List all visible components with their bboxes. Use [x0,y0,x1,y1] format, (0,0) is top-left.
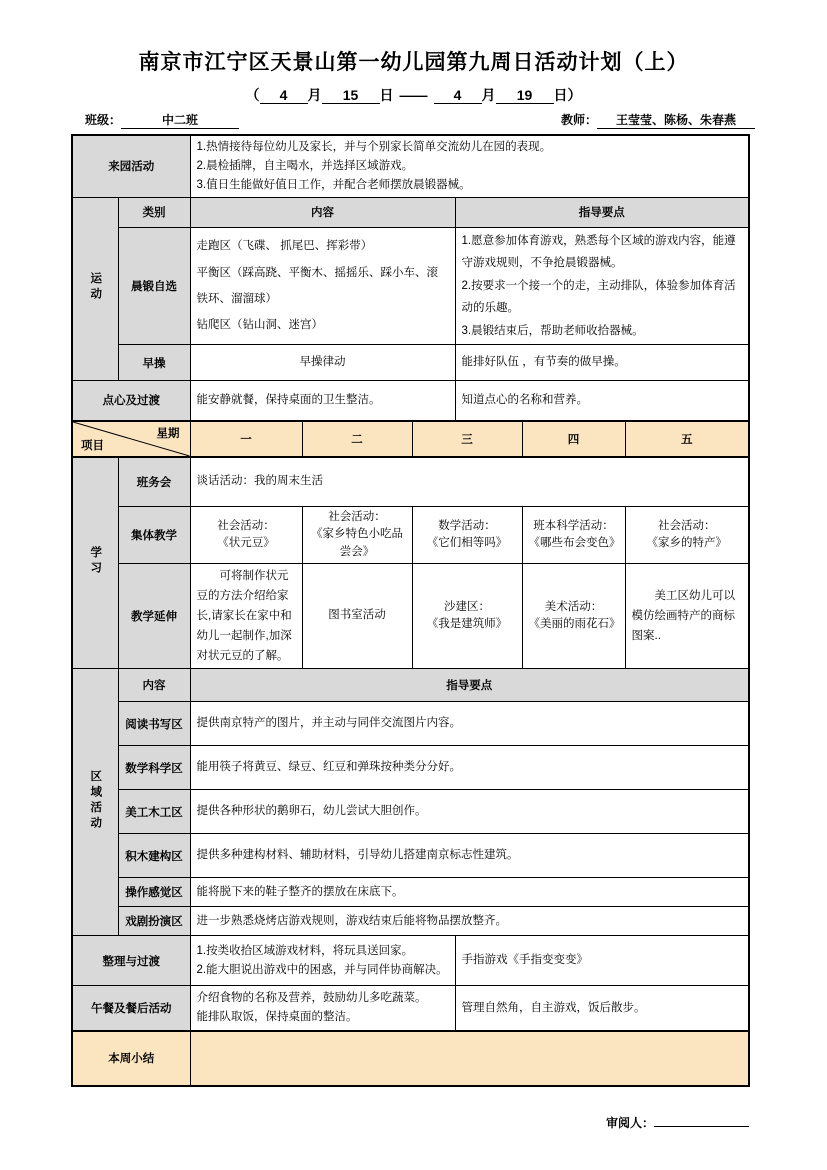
snack-content: 能安静就餐，保持桌面的卫生整洁。 [190,381,455,421]
region-art-label: 美工木工区 [118,790,190,834]
class-label: 班级： [85,113,121,127]
day-friday: 五 [625,421,749,457]
day-monday: 一 [190,421,302,457]
teaching-extension-fri: 美工区幼儿可以模仿绘画特产的商标图案.. [625,563,749,669]
group-teaching-label: 集体教学 [118,507,190,564]
region-art-content: 提供各种形状的鹅卵石，幼儿尝试大胆创作。 [190,790,749,834]
date-day1-label: 日 [380,87,394,103]
region-blocks-content: 提供多种建构材料、辅助材料，引导幼儿搭建南京标志性建筑。 [190,834,749,878]
week-corner-cell: 星期 项目 [72,421,190,457]
group-teaching-fri: 社会活动： 《家乡的特产》 [625,507,749,564]
group-teaching-mon: 社会活动： 《状元豆》 [190,507,302,564]
morning-drill-label: 早操 [118,345,190,381]
sports-header-guidance: 指导要点 [455,197,749,227]
date-month2-label: 月 [482,87,496,103]
morning-free-guidance: 1.愿意参加体育游戏，熟悉每个区域的游戏内容，能遵守游戏规则，不争抢晨锻器械。 … [455,227,749,344]
teaching-extension-label: 教学延伸 [118,563,190,669]
regional-header-guidance: 指导要点 [190,669,749,702]
date-line: （4月15日——4月19日） [0,85,827,105]
day-thursday: 四 [522,421,625,457]
lunch-guidance: 管理自然角，自主游戏，饭后散步。 [455,986,749,1031]
arrival-label: 来园活动 [72,135,190,197]
arrival-content: 1.热情接待每位幼儿及家长，并与个别家长简单交流幼儿在园的表现。 2.晨检插牌，… [190,135,749,197]
teacher-label: 教师： [561,113,597,127]
region-drama-label: 戏剧扮演区 [118,907,190,936]
tidy-guidance: 手指游戏《手指变变变》 [455,936,749,986]
class-teacher-line: 班级：中二班 教师：王莹莹、陈杨、朱春燕 [0,105,827,132]
class-meeting-content: 谈话活动：我的周末生活 [190,457,749,507]
summary-content [190,1031,749,1086]
reviewer-blank [654,1113,749,1127]
snack-label: 点心及过渡 [72,381,190,421]
snack-guidance: 知道点心的名称和营养。 [455,381,749,421]
date-open: （ [246,87,260,103]
lunch-content: 介绍食物的名称及营养，鼓励幼儿多吃蔬菜。 能排队取饭，保持桌面的整洁。 [190,986,455,1031]
regional-header-content: 内容 [118,669,190,702]
page-title: 南京市江宁区天景山第一幼儿园第九周日活动计划（上） [0,46,827,76]
document-page: 南京市江宁区天景山第一幼儿园第九周日活动计划（上） （4月15日——4月19日）… [0,0,827,1170]
day-tuesday: 二 [302,421,412,457]
teaching-extension-mon: 可将制作状元豆的方法介绍给家长,请家长在家中和幼儿一起制作,加深对状元豆的了解。 [190,563,302,669]
sports-header-content: 内容 [190,197,455,227]
sports-section-label: 运动 [72,197,118,380]
region-reading-content: 提供南京特产的图片，并主动与同伴交流图片内容。 [190,702,749,746]
date-month1-label: 月 [308,87,322,103]
tidy-content: 1.按类收拾区域游戏材料，将玩具送回家。 2.能大胆说出游戏中的困惑，并与同伴协… [190,936,455,986]
region-reading-label: 阅读书写区 [118,702,190,746]
date-close: 日） [554,87,582,103]
summary-label: 本周小结 [72,1031,190,1086]
reviewer-line: 审阅人： [0,1113,749,1131]
region-sensory-content: 能将脱下来的鞋子整齐的摆放在床底下。 [190,878,749,907]
group-teaching-thu: 班本科学活动： 《哪些布会变色》 [522,507,625,564]
teaching-extension-tue: 图书室活动 [302,563,412,669]
morning-drill-content: 早操律动 [190,345,455,381]
date-day2: 19 [496,88,554,104]
day-wednesday: 三 [412,421,522,457]
region-drama-content: 进一步熟悉烧烤店游戏规则，游戏结束后能将物品摆放整齐。 [190,907,749,936]
weekly-plan-table: 来园活动 1.热情接待每位幼儿及家长，并与个别家长简单交流幼儿在园的表现。 2.… [71,134,750,1087]
corner-item-label: 项目 [81,437,104,453]
sports-header-category: 类别 [118,197,190,227]
region-blocks-label: 积木建构区 [118,834,190,878]
morning-drill-guidance: 能排好队伍 ，有节奏的做早操。 [455,345,749,381]
corner-week-label: 星期 [157,425,180,441]
teaching-extension-thu: 美术活动： 《美丽的雨花石》 [522,563,625,669]
class-field: 班级：中二班 [85,111,239,129]
learning-section-label: 学习 [72,457,118,669]
date-month2: 4 [434,88,482,104]
date-month1: 4 [260,88,308,104]
region-math-content: 能用筷子将黄豆、绿豆、红豆和弹珠按种类分分好。 [190,746,749,790]
reviewer-label: 审阅人： [606,1116,654,1130]
teaching-extension-wed: 沙建区： 《我是建筑师》 [412,563,522,669]
date-day1: 15 [322,88,380,104]
date-dash: —— [400,87,428,103]
region-sensory-label: 操作感觉区 [118,878,190,907]
morning-free-label: 晨锻自选 [118,227,190,344]
group-teaching-wed: 数学活动： 《它们相等吗》 [412,507,522,564]
class-value: 中二班 [121,111,239,129]
teacher-value: 王莹莹、陈杨、朱春燕 [597,111,755,129]
regional-section-label: 区域活动 [72,669,118,936]
morning-free-content: 走跑区（飞碟、 抓尾巴、挥彩带） 平衡区（踩高跷、平衡木、摇摇乐、踩小车、滚铁环… [190,227,455,344]
lunch-label: 午餐及餐后活动 [72,986,190,1031]
class-meeting-label: 班务会 [118,457,190,507]
tidy-label: 整理与过渡 [72,936,190,986]
teacher-field: 教师：王莹莹、陈杨、朱春燕 [561,111,755,129]
region-math-label: 数学科学区 [118,746,190,790]
group-teaching-tue: 社会活动： 《家乡特色小吃品尝会》 [302,507,412,564]
